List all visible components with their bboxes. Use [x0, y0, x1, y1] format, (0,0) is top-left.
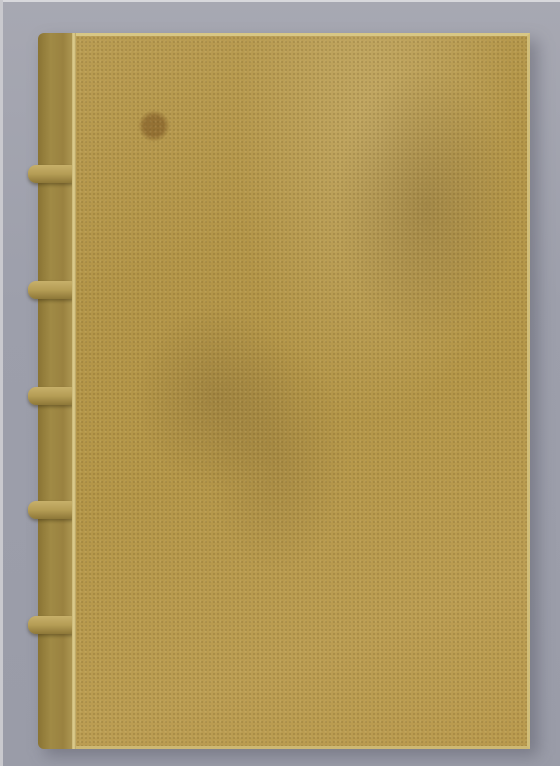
leather-grain-texture — [76, 36, 527, 746]
spine-band — [28, 501, 74, 519]
book-spine — [38, 33, 74, 749]
spine-band — [28, 281, 74, 299]
frame-top-edge — [0, 0, 560, 2]
book-front-cover — [76, 33, 530, 749]
spine-band — [28, 387, 74, 405]
frame-left-edge — [0, 0, 3, 766]
book — [38, 33, 530, 749]
spine-band — [28, 616, 74, 634]
spine-band — [28, 165, 74, 183]
